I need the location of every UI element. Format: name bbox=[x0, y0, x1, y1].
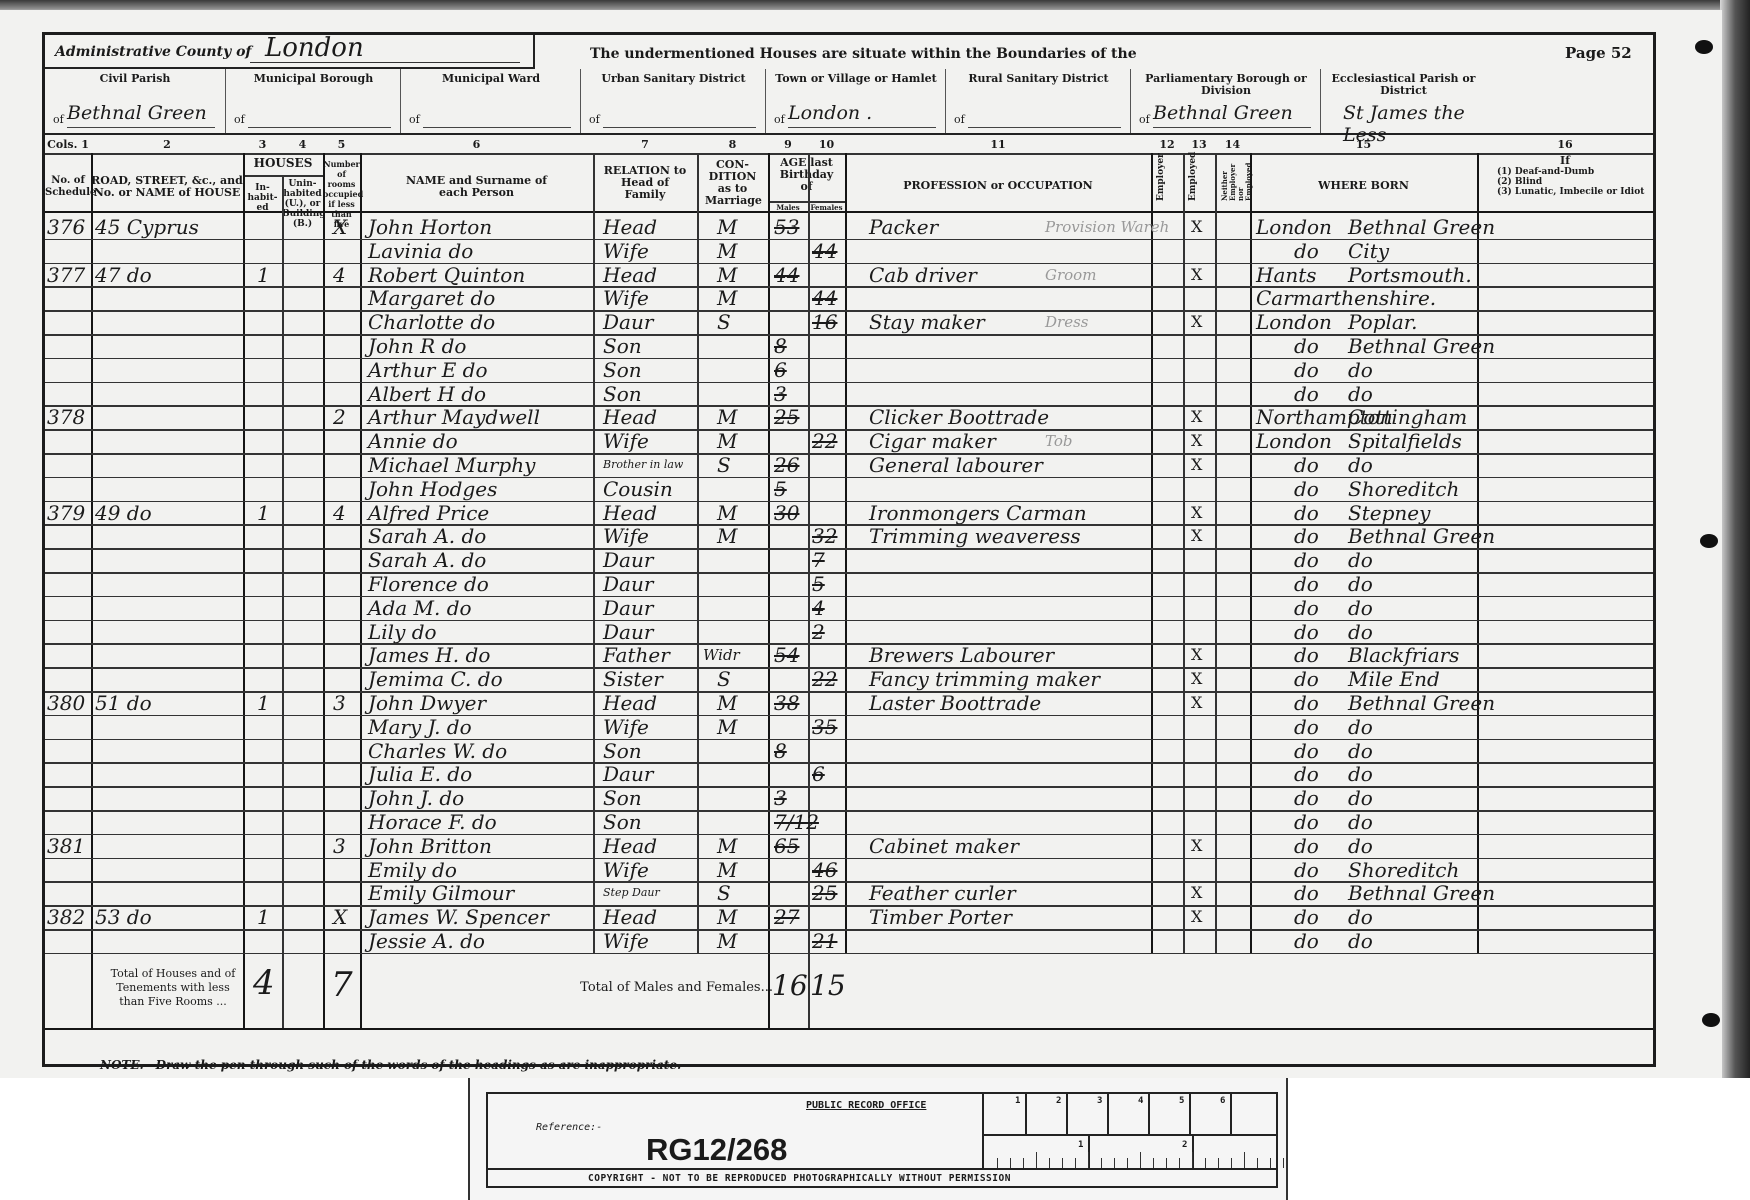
road-address: 51 do bbox=[95, 692, 243, 714]
birthplace-parish: do bbox=[1348, 597, 1478, 619]
person-name: Arthur Maydwell bbox=[368, 406, 593, 428]
copyright-notice: COPYRIGHT - NOT TO BE REPRODUCED PHOTOGR… bbox=[588, 1173, 1011, 1184]
schedule-number: 380 bbox=[47, 692, 91, 714]
birthplace-parish: do bbox=[1348, 811, 1478, 833]
age-male: 65 bbox=[774, 835, 808, 857]
district-value: Bethnal Green bbox=[67, 102, 207, 124]
person-name: Lavinia do bbox=[368, 240, 593, 262]
district-label: Town or Village or Hamlet bbox=[766, 69, 946, 85]
rooms-count: X bbox=[333, 216, 357, 238]
occupation: Feather curler bbox=[869, 882, 1139, 904]
person-name: Sarah A. do bbox=[368, 549, 593, 571]
age-male: 44 bbox=[774, 264, 808, 286]
relation: Wife bbox=[603, 716, 697, 738]
census-form: Administrative County of London The unde… bbox=[42, 32, 1656, 1067]
column-number: 5 bbox=[323, 138, 360, 151]
birthplace-parish: Shoreditch bbox=[1348, 859, 1478, 881]
occupation: Clicker Boottrade bbox=[869, 406, 1139, 428]
employed-mark: X bbox=[1191, 406, 1215, 428]
age-female: 25 bbox=[812, 882, 846, 904]
birthplace-parish: Bethnal Green bbox=[1348, 882, 1478, 904]
binding-hole bbox=[1700, 534, 1718, 548]
relation: Head bbox=[603, 502, 697, 524]
occupation: Timber Porter bbox=[869, 906, 1139, 928]
rooms-count: 3 bbox=[333, 835, 357, 857]
relation: Son bbox=[603, 383, 697, 405]
column-number: 14 bbox=[1215, 138, 1250, 151]
district-field: Rural Sanitary Districtof bbox=[945, 69, 1131, 133]
person-name: John Hodges bbox=[368, 478, 593, 500]
employed-mark: X bbox=[1191, 525, 1215, 547]
schedule-number: 382 bbox=[47, 906, 91, 928]
relation: Son bbox=[603, 787, 697, 809]
age-female: 21 bbox=[812, 930, 846, 952]
marital-condition: M bbox=[717, 430, 767, 452]
houses-inhabited: 1 bbox=[257, 692, 277, 714]
employed-mark: X bbox=[1191, 454, 1215, 476]
marital-condition: M bbox=[717, 240, 767, 262]
header-employed: Employed bbox=[1189, 151, 1197, 201]
column-number: 15 bbox=[1250, 138, 1477, 151]
marital-condition: M bbox=[717, 692, 767, 714]
person-name: Albert H do bbox=[368, 383, 593, 405]
person-name: John Horton bbox=[368, 216, 593, 238]
age-male: 27 bbox=[774, 906, 808, 928]
marital-condition: Widr bbox=[703, 644, 753, 666]
boundaries-heading: The undermentioned Houses are situate wi… bbox=[590, 46, 1137, 62]
district-label: Urban Sanitary District bbox=[581, 69, 766, 85]
birthplace-parish: do bbox=[1348, 359, 1478, 381]
schedule-number: 379 bbox=[47, 502, 91, 524]
occupation: Fancy trimming maker bbox=[869, 668, 1139, 690]
person-name: James H. do bbox=[368, 644, 593, 666]
person-name: Ada M. do bbox=[368, 597, 593, 619]
employed-mark: X bbox=[1191, 644, 1215, 666]
district-prefix: of bbox=[589, 113, 600, 126]
district-field: Civil ParishofBethnal Green bbox=[45, 69, 225, 133]
age-male: 3 bbox=[774, 787, 808, 809]
relation: Head bbox=[603, 406, 697, 428]
scale-inch-label: 1 bbox=[1078, 1140, 1083, 1150]
admin-county-label: Administrative County of bbox=[55, 44, 251, 60]
relation: Wife bbox=[603, 930, 697, 952]
age-male: 8 bbox=[774, 740, 808, 762]
totals-females: 15 bbox=[810, 969, 844, 1002]
person-name: John R do bbox=[368, 335, 593, 357]
employed-mark: X bbox=[1191, 692, 1215, 714]
column-number: 12 bbox=[1151, 138, 1183, 151]
column-number: 8 bbox=[697, 138, 768, 151]
road-address: 45 Cyprus bbox=[95, 216, 243, 238]
header-infirmity-2: (2) Blind bbox=[1497, 177, 1653, 187]
person-name: Jessie A. do bbox=[368, 930, 593, 952]
marital-condition: S bbox=[717, 311, 767, 333]
column-number: Cols. 1 bbox=[45, 138, 91, 151]
district-prefix: of bbox=[1139, 113, 1150, 126]
person-name: Sarah A. do bbox=[368, 525, 593, 547]
occupation: Laster Boottrade bbox=[869, 692, 1139, 714]
person-name: Annie do bbox=[368, 430, 593, 452]
reference-label: PUBLIC RECORD OFFICE Reference:- RG12/26… bbox=[468, 1078, 1288, 1200]
header-condition: CON-DITION as to Marriage bbox=[697, 159, 768, 207]
occupation: Brewers Labourer bbox=[869, 644, 1139, 666]
houses-inhabited: 1 bbox=[257, 502, 277, 524]
district-label: Civil Parish bbox=[45, 69, 225, 85]
marital-condition: M bbox=[717, 525, 767, 547]
schedule-number: 378 bbox=[47, 406, 91, 428]
person-name: John Britton bbox=[368, 835, 593, 857]
marital-condition: M bbox=[717, 502, 767, 524]
age-male: 7/12 bbox=[774, 811, 808, 833]
district-prefix: of bbox=[53, 113, 64, 126]
birthplace-parish: do bbox=[1348, 787, 1478, 809]
birthplace-parish: Blackfriars bbox=[1348, 644, 1478, 666]
district-field: Ecclesiastical Parish or DistrictSt Jame… bbox=[1320, 69, 1486, 133]
district-label: Municipal Borough bbox=[226, 69, 401, 85]
age-male: 30 bbox=[774, 502, 808, 524]
birthplace-parish: Cottingham bbox=[1348, 406, 1478, 428]
district-prefix: of bbox=[409, 113, 420, 126]
birthplace-parish: Portsmouth. bbox=[1348, 264, 1478, 286]
schedule-number: 381 bbox=[47, 835, 91, 857]
age-female: 44 bbox=[812, 240, 846, 262]
occupation: Ironmongers Carman bbox=[869, 502, 1139, 524]
relation: Daur bbox=[603, 621, 697, 643]
district-field: Municipal Boroughof bbox=[225, 69, 401, 133]
age-male: 54 bbox=[774, 644, 808, 666]
column-number: 3 bbox=[243, 138, 282, 151]
totals-rooms-value: 7 bbox=[331, 965, 361, 1005]
age-female: 35 bbox=[812, 716, 846, 738]
measurement-scale: 12345612 bbox=[982, 1094, 1278, 1168]
district-label: Rural Sanitary District bbox=[946, 69, 1131, 85]
scan-right-edge bbox=[1720, 0, 1750, 1078]
road-address: 47 do bbox=[95, 264, 243, 286]
person-name: Arthur E do bbox=[368, 359, 593, 381]
header-employer: Employer bbox=[1157, 151, 1165, 201]
relation: Brother in law bbox=[603, 454, 697, 476]
marital-condition: M bbox=[717, 930, 767, 952]
totals-mf-label: Total of Males and Females... bbox=[553, 980, 773, 995]
birthplace-parish: do bbox=[1348, 835, 1478, 857]
relation: Daur bbox=[603, 763, 697, 785]
person-name: Alfred Price bbox=[368, 502, 593, 524]
person-name: Emily Gilmour bbox=[368, 882, 593, 904]
birthplace-parish: Bethnal Green bbox=[1348, 335, 1478, 357]
header-schedule: No. of Schedule bbox=[45, 175, 91, 199]
header-name: NAME and Surname of each Person bbox=[360, 175, 593, 199]
districts-row: Civil ParishofBethnal GreenMunicipal Bor… bbox=[45, 69, 1653, 135]
district-value: Bethnal Green bbox=[1153, 102, 1293, 124]
age-female: 7 bbox=[812, 549, 846, 571]
relation: Daur bbox=[603, 573, 697, 595]
person-name: Michael Murphy bbox=[368, 454, 593, 476]
marital-condition: M bbox=[717, 906, 767, 928]
birthplace-parish: Shoreditch bbox=[1348, 478, 1478, 500]
age-male: 5 bbox=[774, 478, 808, 500]
age-male: 38 bbox=[774, 692, 808, 714]
marital-condition: M bbox=[717, 859, 767, 881]
relation: Step Daur bbox=[603, 882, 697, 904]
census-sheet: Administrative County of London The unde… bbox=[0, 10, 1722, 1078]
age-male: 3 bbox=[774, 383, 808, 405]
reference-number: RG12/268 bbox=[646, 1132, 787, 1168]
employed-mark: X bbox=[1191, 502, 1215, 524]
district-prefix: of bbox=[234, 113, 245, 126]
column-number: 6 bbox=[360, 138, 593, 151]
relation: Head bbox=[603, 835, 697, 857]
column-number: 16 bbox=[1477, 138, 1653, 151]
column-number: 13 bbox=[1183, 138, 1215, 151]
age-male: 8 bbox=[774, 335, 808, 357]
totals-houses-value: 4 bbox=[253, 963, 283, 1003]
age-male: 6 bbox=[774, 359, 808, 381]
relation: Sister bbox=[603, 668, 697, 690]
header-houses: HOUSES bbox=[243, 157, 323, 169]
age-female: 22 bbox=[812, 430, 846, 452]
employed-mark: X bbox=[1191, 882, 1215, 904]
occupation: General labourer bbox=[869, 454, 1139, 476]
age-female: 4 bbox=[812, 597, 846, 619]
scale-cm-label: 1 bbox=[1015, 1096, 1020, 1106]
occupation: Trimming weaveress bbox=[869, 525, 1139, 547]
office-name: PUBLIC RECORD OFFICE bbox=[806, 1100, 926, 1111]
employed-mark: X bbox=[1191, 430, 1215, 452]
person-name: John Dwyer bbox=[368, 692, 593, 714]
totals-males: 16 bbox=[772, 969, 806, 1002]
relation: Daur bbox=[603, 549, 697, 571]
footnote: NOTE.—Draw the pen through such of the w… bbox=[100, 1058, 681, 1072]
column-number: 2 bbox=[91, 138, 243, 151]
houses-inhabited: 1 bbox=[257, 264, 277, 286]
employed-mark: X bbox=[1191, 264, 1215, 286]
relation: Wife bbox=[603, 525, 697, 547]
header-infirmity-if: If bbox=[1477, 155, 1653, 167]
person-name: Charles W. do bbox=[368, 740, 593, 762]
birthplace-parish: Bethnal Green bbox=[1348, 216, 1478, 238]
schedule-number: 376 bbox=[47, 216, 91, 238]
scale-cm-label: 6 bbox=[1220, 1096, 1225, 1106]
birthplace-parish: Stepney bbox=[1348, 502, 1478, 524]
district-value: London . bbox=[788, 102, 872, 124]
occupation-note: Provision Wareh bbox=[1045, 216, 1145, 238]
person-name: John J. do bbox=[368, 787, 593, 809]
district-prefix: of bbox=[774, 113, 785, 126]
reference-prefix: Reference:- bbox=[536, 1122, 602, 1133]
header-inhabited: In-habit-ed bbox=[243, 183, 282, 213]
header-infirmity-3: (3) Lunatic, Imbecile or Idiot bbox=[1497, 187, 1653, 197]
birthplace-parish: do bbox=[1348, 383, 1478, 405]
admin-county-value: London bbox=[265, 33, 364, 63]
birthplace-parish: do bbox=[1348, 740, 1478, 762]
birthplace-parish: Poplar. bbox=[1348, 311, 1478, 333]
district-field: Municipal Wardof bbox=[400, 69, 581, 133]
birthplace-parish: City bbox=[1348, 240, 1478, 262]
person-name: Lily do bbox=[368, 621, 593, 643]
relation: Son bbox=[603, 740, 697, 762]
marital-condition: S bbox=[717, 454, 767, 476]
age-male: 26 bbox=[774, 454, 808, 476]
relation: Head bbox=[603, 906, 697, 928]
relation: Son bbox=[603, 359, 697, 381]
header-relation: RELATION to Head of Family bbox=[593, 165, 697, 201]
age-female: 32 bbox=[812, 525, 846, 547]
age-female: 46 bbox=[812, 859, 846, 881]
birthplace-parish: Spitalfields bbox=[1348, 430, 1478, 452]
birthplace-parish: do bbox=[1348, 549, 1478, 571]
age-female: 2 bbox=[812, 621, 846, 643]
birthplace-parish: do bbox=[1348, 930, 1478, 952]
birthplace-parish: do bbox=[1348, 716, 1478, 738]
person-name: Florence do bbox=[368, 573, 593, 595]
birthplace-county: Carmarthenshire. bbox=[1256, 287, 1366, 309]
reference-box: PUBLIC RECORD OFFICE Reference:- RG12/26… bbox=[486, 1092, 1278, 1188]
district-field: Urban Sanitary Districtof bbox=[580, 69, 766, 133]
rooms-count: 4 bbox=[333, 264, 357, 286]
age-female: 22 bbox=[812, 668, 846, 690]
column-number: 10 bbox=[808, 138, 845, 151]
relation: Daur bbox=[603, 597, 697, 619]
header-where-born: WHERE BORN bbox=[1250, 180, 1477, 192]
district-prefix: of bbox=[954, 113, 965, 126]
relation: Head bbox=[603, 264, 697, 286]
marital-condition: M bbox=[717, 716, 767, 738]
relation: Son bbox=[603, 335, 697, 357]
district-field: Town or Village or HamletofLondon . bbox=[765, 69, 946, 133]
age-male: 53 bbox=[774, 216, 808, 238]
birthplace-parish: do bbox=[1348, 454, 1478, 476]
birthplace-parish: do bbox=[1348, 621, 1478, 643]
age-female: 16 bbox=[812, 311, 846, 333]
district-field: Parliamentary Borough or DivisionofBethn… bbox=[1130, 69, 1321, 133]
person-name: James W. Spencer bbox=[368, 906, 593, 928]
marital-condition: M bbox=[717, 287, 767, 309]
rooms-count: 4 bbox=[333, 502, 357, 524]
age-female: 5 bbox=[812, 573, 846, 595]
birthplace-parish: Bethnal Green bbox=[1348, 525, 1478, 547]
page-number: Page 52 bbox=[1565, 44, 1632, 62]
relation: Daur bbox=[603, 311, 697, 333]
scale-inch-label: 2 bbox=[1182, 1140, 1187, 1150]
employed-mark: X bbox=[1191, 311, 1215, 333]
employed-mark: X bbox=[1191, 216, 1215, 238]
marital-condition: M bbox=[717, 264, 767, 286]
relation: Father bbox=[603, 644, 697, 666]
header-occupation: PROFESSION or OCCUPATION bbox=[845, 180, 1151, 192]
birthplace-parish: do bbox=[1348, 906, 1478, 928]
relation: Head bbox=[603, 216, 697, 238]
relation: Wife bbox=[603, 430, 697, 452]
relation: Wife bbox=[603, 859, 697, 881]
scale-cm-label: 5 bbox=[1179, 1096, 1184, 1106]
person-name: Emily do bbox=[368, 859, 593, 881]
occupation-note: Tob bbox=[1045, 430, 1145, 452]
relation: Son bbox=[603, 811, 697, 833]
district-label: Municipal Ward bbox=[401, 69, 581, 85]
rooms-count: 2 bbox=[333, 406, 357, 428]
column-number: 7 bbox=[593, 138, 697, 151]
column-number: 9 bbox=[768, 138, 808, 151]
header-neither: Neither Employer nor Employed bbox=[1221, 151, 1253, 201]
rooms-count: X bbox=[333, 906, 357, 928]
birthplace-parish: do bbox=[1348, 573, 1478, 595]
road-address: 49 do bbox=[95, 502, 243, 524]
schedule-table: Cols. 12345678910111213141516No. of Sche… bbox=[45, 135, 1653, 1070]
road-address: 53 do bbox=[95, 906, 243, 928]
totals-houses-label: Total of Houses and of Tenements with le… bbox=[103, 967, 243, 1009]
age-female: 6 bbox=[812, 763, 846, 785]
marital-condition: M bbox=[717, 406, 767, 428]
header-age: AGE last Birthday of bbox=[768, 157, 845, 193]
person-name: Horace F. do bbox=[368, 811, 593, 833]
marital-condition: M bbox=[717, 216, 767, 238]
scale-cm-label: 4 bbox=[1138, 1096, 1143, 1106]
employed-mark: X bbox=[1191, 906, 1215, 928]
occupation-note: Groom bbox=[1045, 264, 1145, 286]
admin-county-box: Administrative County of London bbox=[45, 35, 535, 69]
relation: Wife bbox=[603, 240, 697, 262]
column-number: 4 bbox=[282, 138, 323, 151]
person-name: Julia E. do bbox=[368, 763, 593, 785]
birthplace-parish: do bbox=[1348, 763, 1478, 785]
age-male: 25 bbox=[774, 406, 808, 428]
relation: Cousin bbox=[603, 478, 697, 500]
person-name: Mary J. do bbox=[368, 716, 593, 738]
person-name: Jemima C. do bbox=[368, 668, 593, 690]
header-road: ROAD, STREET, &c., and No. or NAME of HO… bbox=[91, 175, 243, 199]
employed-mark: X bbox=[1191, 668, 1215, 690]
person-name: Margaret do bbox=[368, 287, 593, 309]
header-uninhabited: Unin-habited (U.), or Building (B.) bbox=[282, 179, 323, 229]
marital-condition: M bbox=[717, 835, 767, 857]
marital-condition: S bbox=[717, 668, 767, 690]
column-number: 11 bbox=[845, 138, 1151, 151]
person-name: Charlotte do bbox=[368, 311, 593, 333]
occupation: Cabinet maker bbox=[869, 835, 1139, 857]
relation: Wife bbox=[603, 287, 697, 309]
binding-hole bbox=[1695, 40, 1713, 54]
scale-cm-label: 2 bbox=[1056, 1096, 1061, 1106]
birthplace-parish: Bethnal Green bbox=[1348, 692, 1478, 714]
rooms-count: 3 bbox=[333, 692, 357, 714]
houses-inhabited: 1 bbox=[257, 906, 277, 928]
binding-hole bbox=[1702, 1013, 1720, 1027]
employed-mark: X bbox=[1191, 835, 1215, 857]
person-name: Robert Quinton bbox=[368, 264, 593, 286]
header-infirmity-1: (1) Deaf-and-Dumb bbox=[1497, 167, 1653, 177]
schedule-number: 377 bbox=[47, 264, 91, 286]
district-label: Ecclesiastical Parish or District bbox=[1321, 69, 1486, 97]
age-female: 44 bbox=[812, 287, 846, 309]
birthplace-parish: Mile End bbox=[1348, 668, 1478, 690]
relation: Head bbox=[603, 692, 697, 714]
occupation-note: Dress bbox=[1045, 311, 1145, 333]
scale-cm-label: 3 bbox=[1097, 1096, 1102, 1106]
marital-condition: S bbox=[717, 882, 767, 904]
district-label: Parliamentary Borough or Division bbox=[1131, 69, 1321, 97]
